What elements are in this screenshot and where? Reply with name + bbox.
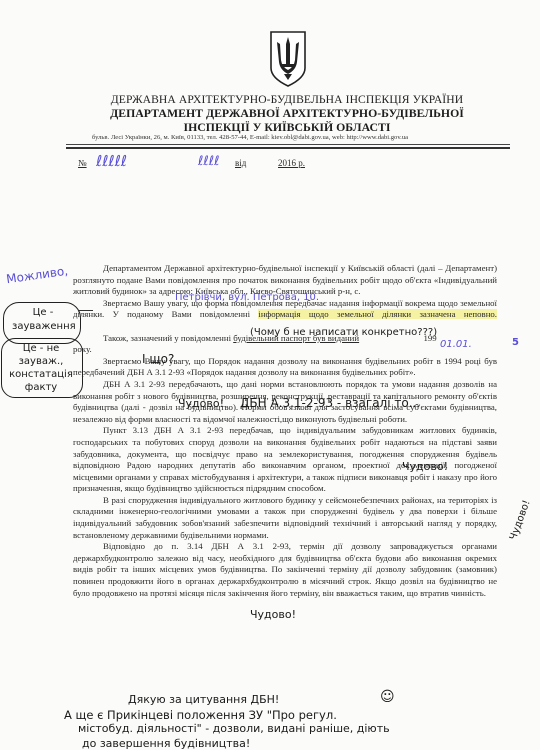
annotation-great-2: Чудово! — [402, 460, 448, 473]
header-rule-thick — [66, 147, 510, 149]
annotation-so-what: І що? — [142, 352, 174, 366]
annotation-arrow — [79, 310, 93, 311]
reference-year: 2016 р. — [278, 158, 305, 168]
annotation-dbn-note: ДБН А.3.1-2-93 - взагалі то... — [240, 396, 420, 410]
redacted-date-scribble: ℓℓℓℓ — [198, 154, 219, 169]
annotation-year-digit: 5 — [512, 337, 519, 348]
paragraph-8: Відповідно до п. 3.14 ДБН А 3.1 2-93, те… — [73, 541, 497, 599]
annotation-margin-possibly: Можливо, — [5, 264, 69, 287]
header-rule-thin — [66, 144, 510, 145]
letter-body: Департаментом Державної архітектурно-буд… — [73, 263, 497, 599]
letter-page: ДЕРЖАВНА АРХІТЕКТУРНО-БУДІВЕЛЬНА ІНСПЕКЦ… — [0, 0, 540, 750]
redacted-number-scribble: ℓℓℓℓℓ — [96, 152, 127, 170]
annotation-bottom-line-1: А ще є Прикінцеві положення ЗУ "Про регу… — [64, 708, 337, 722]
annotation-bubble-2-text: Це - не зауваж., констатація факту — [5, 342, 77, 394]
paragraph-4: Звертаємо Вашу увагу, що Порядок надання… — [73, 356, 497, 379]
annotation-bottom-line-2: містобуд. діяльності" - дозволи, видані … — [78, 722, 390, 735]
annotation-bubble-1-text: Це - зауваження — [12, 306, 74, 334]
reference-number-label: № — [78, 158, 87, 168]
annotation-great-3: Чудово! — [508, 499, 533, 542]
org-address: бульв. Лесі Українки, 26, м. Київ, 01133… — [92, 134, 408, 141]
org-name-national: ДЕРЖАВНА АРХІТЕКТУРНО-БУДІВЕЛЬНА ІНСПЕКЦ… — [0, 93, 540, 106]
annotation-great-4: Чудово! — [250, 608, 296, 621]
reference-from-label: від — [235, 158, 246, 168]
annotation-why-not-specific: (Чому б не написати конкретно???) — [250, 327, 437, 338]
annotation-bottom-line-3: до завершення будівництва! — [82, 737, 250, 750]
highlighted-text: інформація щодо земельної ділянки зазнач… — [258, 309, 497, 319]
org-name-department-line2: ІНСПЕКЦІЇ У КИЇВСЬКІЙ ОБЛАСТІ — [0, 120, 540, 135]
paragraph-7: В разі спорудження індивідуального житло… — [73, 495, 497, 541]
annotation-date: 01.01. — [440, 339, 472, 350]
org-name-department-line1: ДЕПАРТАМЕНТ ДЕРЖАВНОЇ АРХІТЕКТУРНО-БУДІВ… — [0, 106, 540, 121]
smiley-icon: ☺ — [380, 689, 395, 705]
trident-coat-of-arms-icon — [268, 30, 308, 88]
annotation-address: Петрівчи, вул. Петрова, 10. — [175, 292, 319, 303]
annotation-thanks: Дякую за цитування ДБН! — [128, 693, 279, 706]
annotation-great-1: Чудово! — [178, 397, 224, 410]
